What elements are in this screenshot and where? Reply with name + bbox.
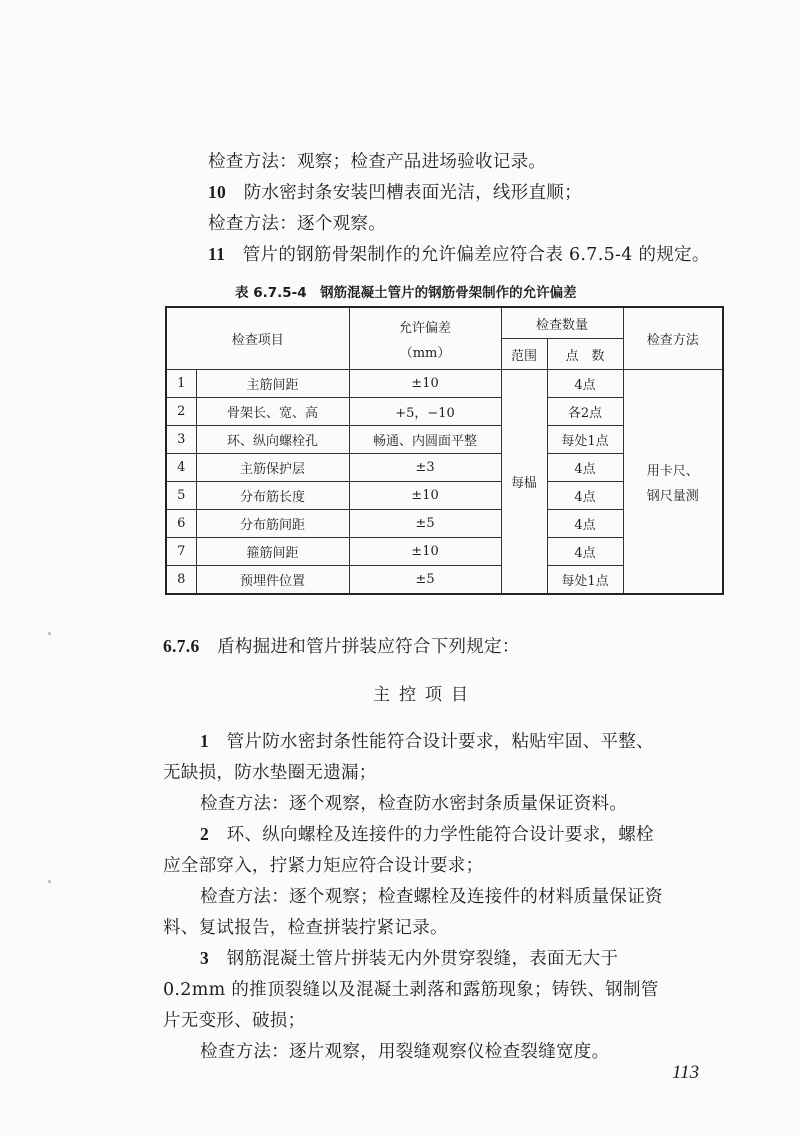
scope-merged: 每榀 — [501, 370, 547, 595]
row-points: 4点 — [547, 482, 623, 510]
row-tolerance: ±5 — [349, 566, 501, 595]
clause-number: 10 — [208, 182, 226, 202]
row-points: 4点 — [547, 370, 623, 398]
row-points: 每处1点 — [547, 426, 623, 454]
header-method: 检查方法 — [623, 307, 723, 370]
section-number: 6.7.6 — [163, 636, 200, 656]
row-points: 4点 — [547, 538, 623, 566]
row-tolerance: ±10 — [349, 482, 501, 510]
row-points: 各2点 — [547, 398, 623, 426]
row-tolerance: ±3 — [349, 454, 501, 482]
item-3: 3 钢筋混凝土管片拼装无内外贯穿裂缝，表面无大于 — [200, 945, 618, 970]
item-text: 钢筋混凝土管片拼装无内外贯穿裂缝，表面无大于 — [227, 949, 619, 969]
item-text: 管片防水密封条性能符合设计要求，粘贴牢固、平整、 — [227, 732, 654, 752]
row-no: 7 — [166, 538, 196, 566]
row-no: 3 — [166, 426, 196, 454]
table-caption: 表 6.7.5-4 钢筋混凝土管片的钢筋骨架制作的允许偏差 — [235, 281, 577, 301]
row-no: 5 — [166, 482, 196, 510]
item-number: 3 — [200, 948, 209, 968]
header-scope: 范围 — [501, 339, 547, 370]
method-line1: 用卡尺、 — [624, 460, 723, 479]
scan-speck — [48, 632, 51, 635]
item-3-check: 检查方法：逐片观察，用裂缝观察仪检查裂缝宽度。 — [200, 1038, 609, 1063]
row-item: 环、纵向螺栓孔 — [196, 426, 349, 454]
row-no: 6 — [166, 510, 196, 538]
item-number: 1 — [200, 731, 209, 751]
section-title: 盾构掘进和管片拼装应符合下列规定： — [217, 637, 520, 657]
item-1: 1 管片防水密封条性能符合设计要求，粘贴牢固、平整、 — [200, 728, 654, 753]
row-tolerance: ±5 — [349, 510, 501, 538]
row-item: 分布筋间距 — [196, 510, 349, 538]
item-1-check: 检查方法：逐个观察，检查防水密封条质量保证资料。 — [200, 790, 627, 815]
row-no: 8 — [166, 566, 196, 595]
row-item: 分布筋长度 — [196, 482, 349, 510]
item-2-check: 检查方法：逐个观察；检查螺栓及连接件的材料质量保证资 — [200, 883, 663, 908]
row-item: 主筋保护层 — [196, 454, 349, 482]
row-item: 箍筋间距 — [196, 538, 349, 566]
clause-text: 管片的钢筋骨架制作的允许偏差应符合表 6.7.5-4 的规定。 — [243, 245, 710, 265]
row-points: 每处1点 — [547, 566, 623, 595]
item-2-continued: 应全部穿入，拧紧力矩应符合设计要求； — [163, 852, 483, 877]
method-merged: 用卡尺、 钢尺量测 — [623, 370, 723, 595]
header-tolerance-label: 允许偏差 — [350, 317, 501, 336]
item-2: 2 环、纵向螺栓及连接件的力学性能符合设计要求，螺栓 — [200, 821, 654, 846]
row-no: 1 — [166, 370, 196, 398]
clause-11: 11 管片的钢筋骨架制作的允许偏差应符合表 6.7.5-4 的规定。 — [208, 241, 710, 266]
header-tolerance: 允许偏差 （mm） — [349, 307, 501, 370]
table-row: 1 主筋间距 ±10 每榀 4点 用卡尺、 钢尺量测 — [166, 370, 723, 398]
header-points: 点 数 — [547, 339, 623, 370]
clause-number: 11 — [208, 244, 225, 264]
row-no: 2 — [166, 398, 196, 426]
row-tolerance: 畅通、内圆面平整 — [349, 426, 501, 454]
clause-text: 防水密封条安装凹槽表面光洁，线形直顺； — [244, 183, 582, 203]
page-number: 113 — [672, 1062, 699, 1084]
tolerance-table: 检查项目 允许偏差 （mm） 检查数量 检查方法 范围 点 数 1 主筋间距 ±… — [165, 306, 724, 595]
item-number: 2 — [200, 824, 209, 844]
scan-speck — [48, 880, 51, 883]
item-3-continued: 0.2mm 的推顶裂缝以及混凝土剥落和露筋现象；铸铁、钢制管 — [163, 976, 659, 1001]
item-2-check-continued: 料、复试报告，检查拼装拧紧记录。 — [163, 914, 448, 939]
row-tolerance: ±10 — [349, 538, 501, 566]
section-heading: 6.7.6 盾构掘进和管片拼装应符合下列规定： — [163, 633, 520, 658]
header-quantity: 检查数量 — [501, 307, 623, 339]
row-item: 预埋件位置 — [196, 566, 349, 595]
row-no: 4 — [166, 454, 196, 482]
method-line2: 钢尺量测 — [624, 485, 723, 504]
item-3-continued: 片无变形、破损； — [163, 1007, 305, 1032]
row-points: 4点 — [547, 510, 623, 538]
header-item: 检查项目 — [166, 307, 349, 370]
row-tolerance: ±10 — [349, 370, 501, 398]
row-item: 骨架长、宽、高 — [196, 398, 349, 426]
item-1-continued: 无缺损，防水垫圈无遗漏； — [163, 759, 377, 784]
row-tolerance: +5，−10 — [349, 398, 501, 426]
clause-10: 10 防水密封条安装凹槽表面光洁，线形直顺； — [208, 179, 582, 204]
item-text: 环、纵向螺栓及连接件的力学性能符合设计要求，螺栓 — [227, 825, 654, 845]
section-subtitle: 主控项目 — [0, 680, 800, 705]
row-points: 4点 — [547, 454, 623, 482]
check-method-line: 检查方法：逐个观察。 — [208, 210, 386, 235]
header-tolerance-unit: （mm） — [350, 342, 501, 361]
check-method-line: 检查方法：观察；检查产品进场验收记录。 — [208, 148, 546, 173]
row-item: 主筋间距 — [196, 370, 349, 398]
